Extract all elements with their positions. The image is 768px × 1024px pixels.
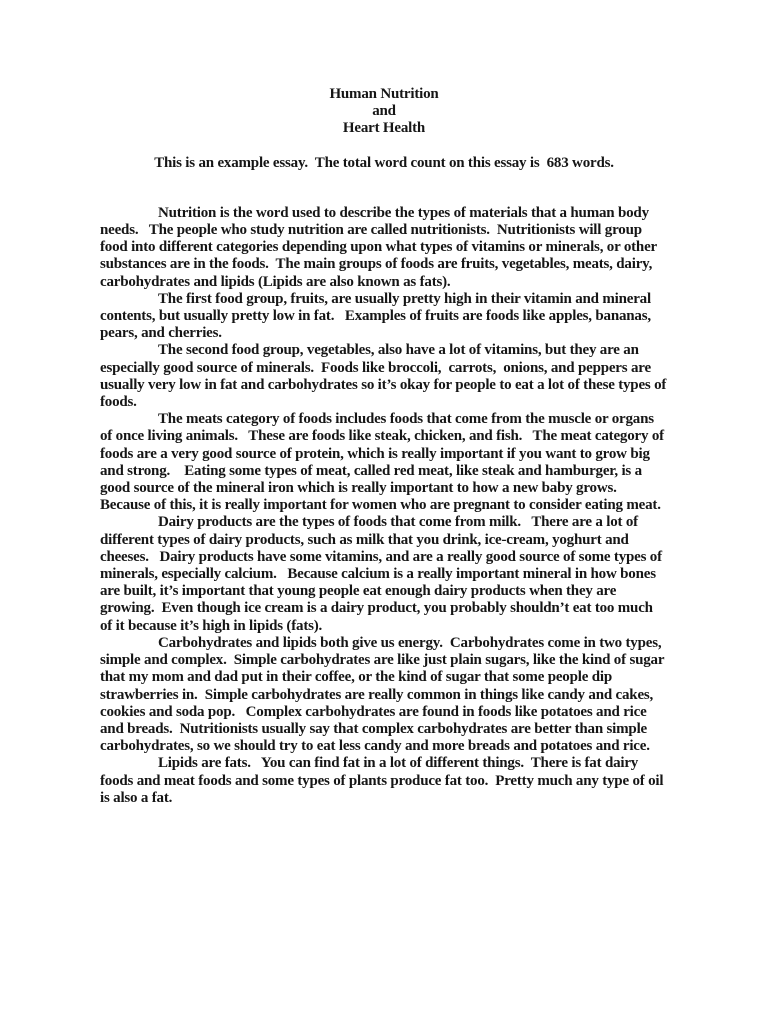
essay-paragraph: The second food group, vegetables, also … xyxy=(100,342,668,411)
essay-document: Human Nutrition and Heart Health This is… xyxy=(100,86,668,807)
essay-body: Nutrition is the word used to describe t… xyxy=(100,205,668,807)
intro-sentence: This is an example essay. The total word… xyxy=(100,155,668,172)
essay-paragraph: The first food group, fruits, are usuall… xyxy=(100,291,668,343)
title-line-3: Heart Health xyxy=(100,120,668,137)
essay-paragraph: Nutrition is the word used to describe t… xyxy=(100,205,668,291)
essay-paragraph: Lipids are fats. You can find fat in a l… xyxy=(100,755,668,807)
title-line-1: Human Nutrition xyxy=(100,86,668,103)
title-line-2: and xyxy=(100,103,668,120)
essay-paragraph: Carbohydrates and lipids both give us en… xyxy=(100,635,668,755)
essay-paragraph: Dairy products are the types of foods th… xyxy=(100,514,668,634)
document-title: Human Nutrition and Heart Health xyxy=(100,86,668,138)
document-page: Human Nutrition and Heart Health This is… xyxy=(0,0,768,1024)
essay-paragraph: The meats category of foods includes foo… xyxy=(100,411,668,514)
